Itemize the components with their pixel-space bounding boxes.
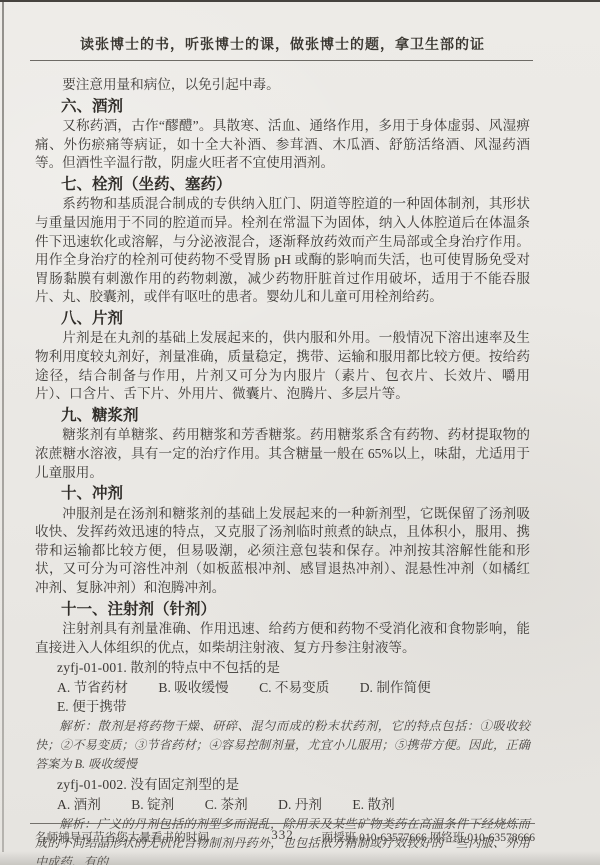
question-options: A. 酒剂 B. 锭剂 C. 茶剂 D. 丹剂 E. 散剂 bbox=[35, 795, 530, 815]
question-analysis: 解析：散剂是将药物干燥、研碎、混匀而成的粉末状药剂，它的特点包括：①吸收较快；②… bbox=[35, 717, 530, 775]
question-stem-line: zyfj-01-002. 没有固定剂型的是 bbox=[35, 776, 530, 795]
question-id: zyfj-01-001. bbox=[57, 660, 127, 675]
option-e: E. 便于携带 bbox=[57, 697, 126, 717]
section-heading-suppository: 七、栓剂（坐药、塞药） bbox=[35, 175, 530, 195]
option-d: D. 制作简便 bbox=[360, 678, 431, 698]
question-options: A. 节省药材 B. 吸收缓慢 C. 不易变质 D. 制作简便 E. 便于携带 bbox=[35, 678, 530, 717]
section-paragraph-suppository: 系药物和基质混合制成的专供纳入肛门、阴道等腔道的一种固体制剂，其形状与重量因施用… bbox=[35, 195, 530, 307]
scan-top-edge bbox=[0, 0, 600, 2]
section-heading-tablet: 八、片剂 bbox=[35, 309, 530, 329]
page-footer: 332 名师辅导可节省您大量看书的时间 面授班 010-63577666 网络班… bbox=[30, 827, 535, 845]
section-heading-wine: 六、酒剂 bbox=[35, 97, 530, 117]
question-id: zyfj-01-002. bbox=[57, 777, 127, 792]
scan-bottom-edge bbox=[0, 851, 600, 865]
question-block-001: zyfj-01-001. 散剂的特点中不包括的是 A. 节省药材 B. 吸收缓慢… bbox=[35, 659, 530, 774]
section-paragraph-wine: 又称药酒，古作“醪醴”。具散寒、活血、通络作用，多用于身体虚弱、风湿痹痛、外伤瘀… bbox=[35, 117, 530, 173]
option-c: C. 茶剂 bbox=[205, 795, 248, 815]
question-stem: 散剂的特点中不包括的是 bbox=[130, 660, 280, 675]
section-paragraph-granule: 冲服剂是在汤剂和糖浆剂的基础上发展起来的一种新剂型，它既保留了汤剂吸收快、发挥药… bbox=[35, 505, 530, 598]
header-divider bbox=[30, 60, 533, 61]
section-paragraph-tablet: 片剂是在丸剂的基础上发展起来的，供内服和外用。一般情况下溶出速率及生物利用度较丸… bbox=[35, 329, 530, 403]
footer-contact: 面授班 010-63577666 网络班 010-63578666 bbox=[321, 829, 535, 845]
scan-left-edge bbox=[2, 2, 4, 852]
running-header: 读张博士的书，听张博士的课，做张博士的题，拿卫生部的证 bbox=[30, 34, 535, 54]
option-a: A. 酒剂 bbox=[57, 795, 101, 815]
section-paragraph-syrup: 糖浆剂有单糖浆、药用糖浆和芳香糖浆。药用糖浆系含有药物、药材提取物的浓蔗糖水溶液… bbox=[35, 426, 530, 482]
section-paragraph-injection: 注射剂具有剂量准确、作用迅速、给药方便和药物不受消化液和食物影响，能直接进入人体… bbox=[35, 620, 530, 657]
intro-continuation-line: 要注意用量和病位，以免引起中毒。 bbox=[35, 76, 530, 95]
footer-slogan: 名师辅导可节省您大量看书的时间 bbox=[35, 829, 209, 845]
section-heading-syrup: 九、糖浆剂 bbox=[35, 406, 530, 426]
option-e: E. 散剂 bbox=[352, 795, 394, 815]
option-a: A. 节省药材 bbox=[57, 678, 128, 698]
footer-divider bbox=[30, 823, 535, 824]
option-c: C. 不易变质 bbox=[259, 678, 329, 698]
option-b: B. 吸收缓慢 bbox=[158, 678, 228, 698]
question-stem: 没有固定剂型的是 bbox=[130, 777, 239, 792]
page-body: 要注意用量和病位，以免引起中毒。 六、酒剂 又称药酒，古作“醪醴”。具散寒、活血… bbox=[35, 76, 530, 865]
scanned-book-page: 读张博士的书，听张博士的课，做张博士的题，拿卫生部的证 要注意用量和病位，以免引… bbox=[0, 0, 600, 865]
section-heading-granule: 十、冲剂 bbox=[35, 484, 530, 504]
option-b: B. 锭剂 bbox=[131, 795, 174, 815]
section-heading-injection: 十一、注射剂（针剂） bbox=[35, 600, 530, 620]
option-d: D. 丹剂 bbox=[278, 795, 322, 815]
question-stem-line: zyfj-01-001. 散剂的特点中不包括的是 bbox=[35, 659, 530, 678]
